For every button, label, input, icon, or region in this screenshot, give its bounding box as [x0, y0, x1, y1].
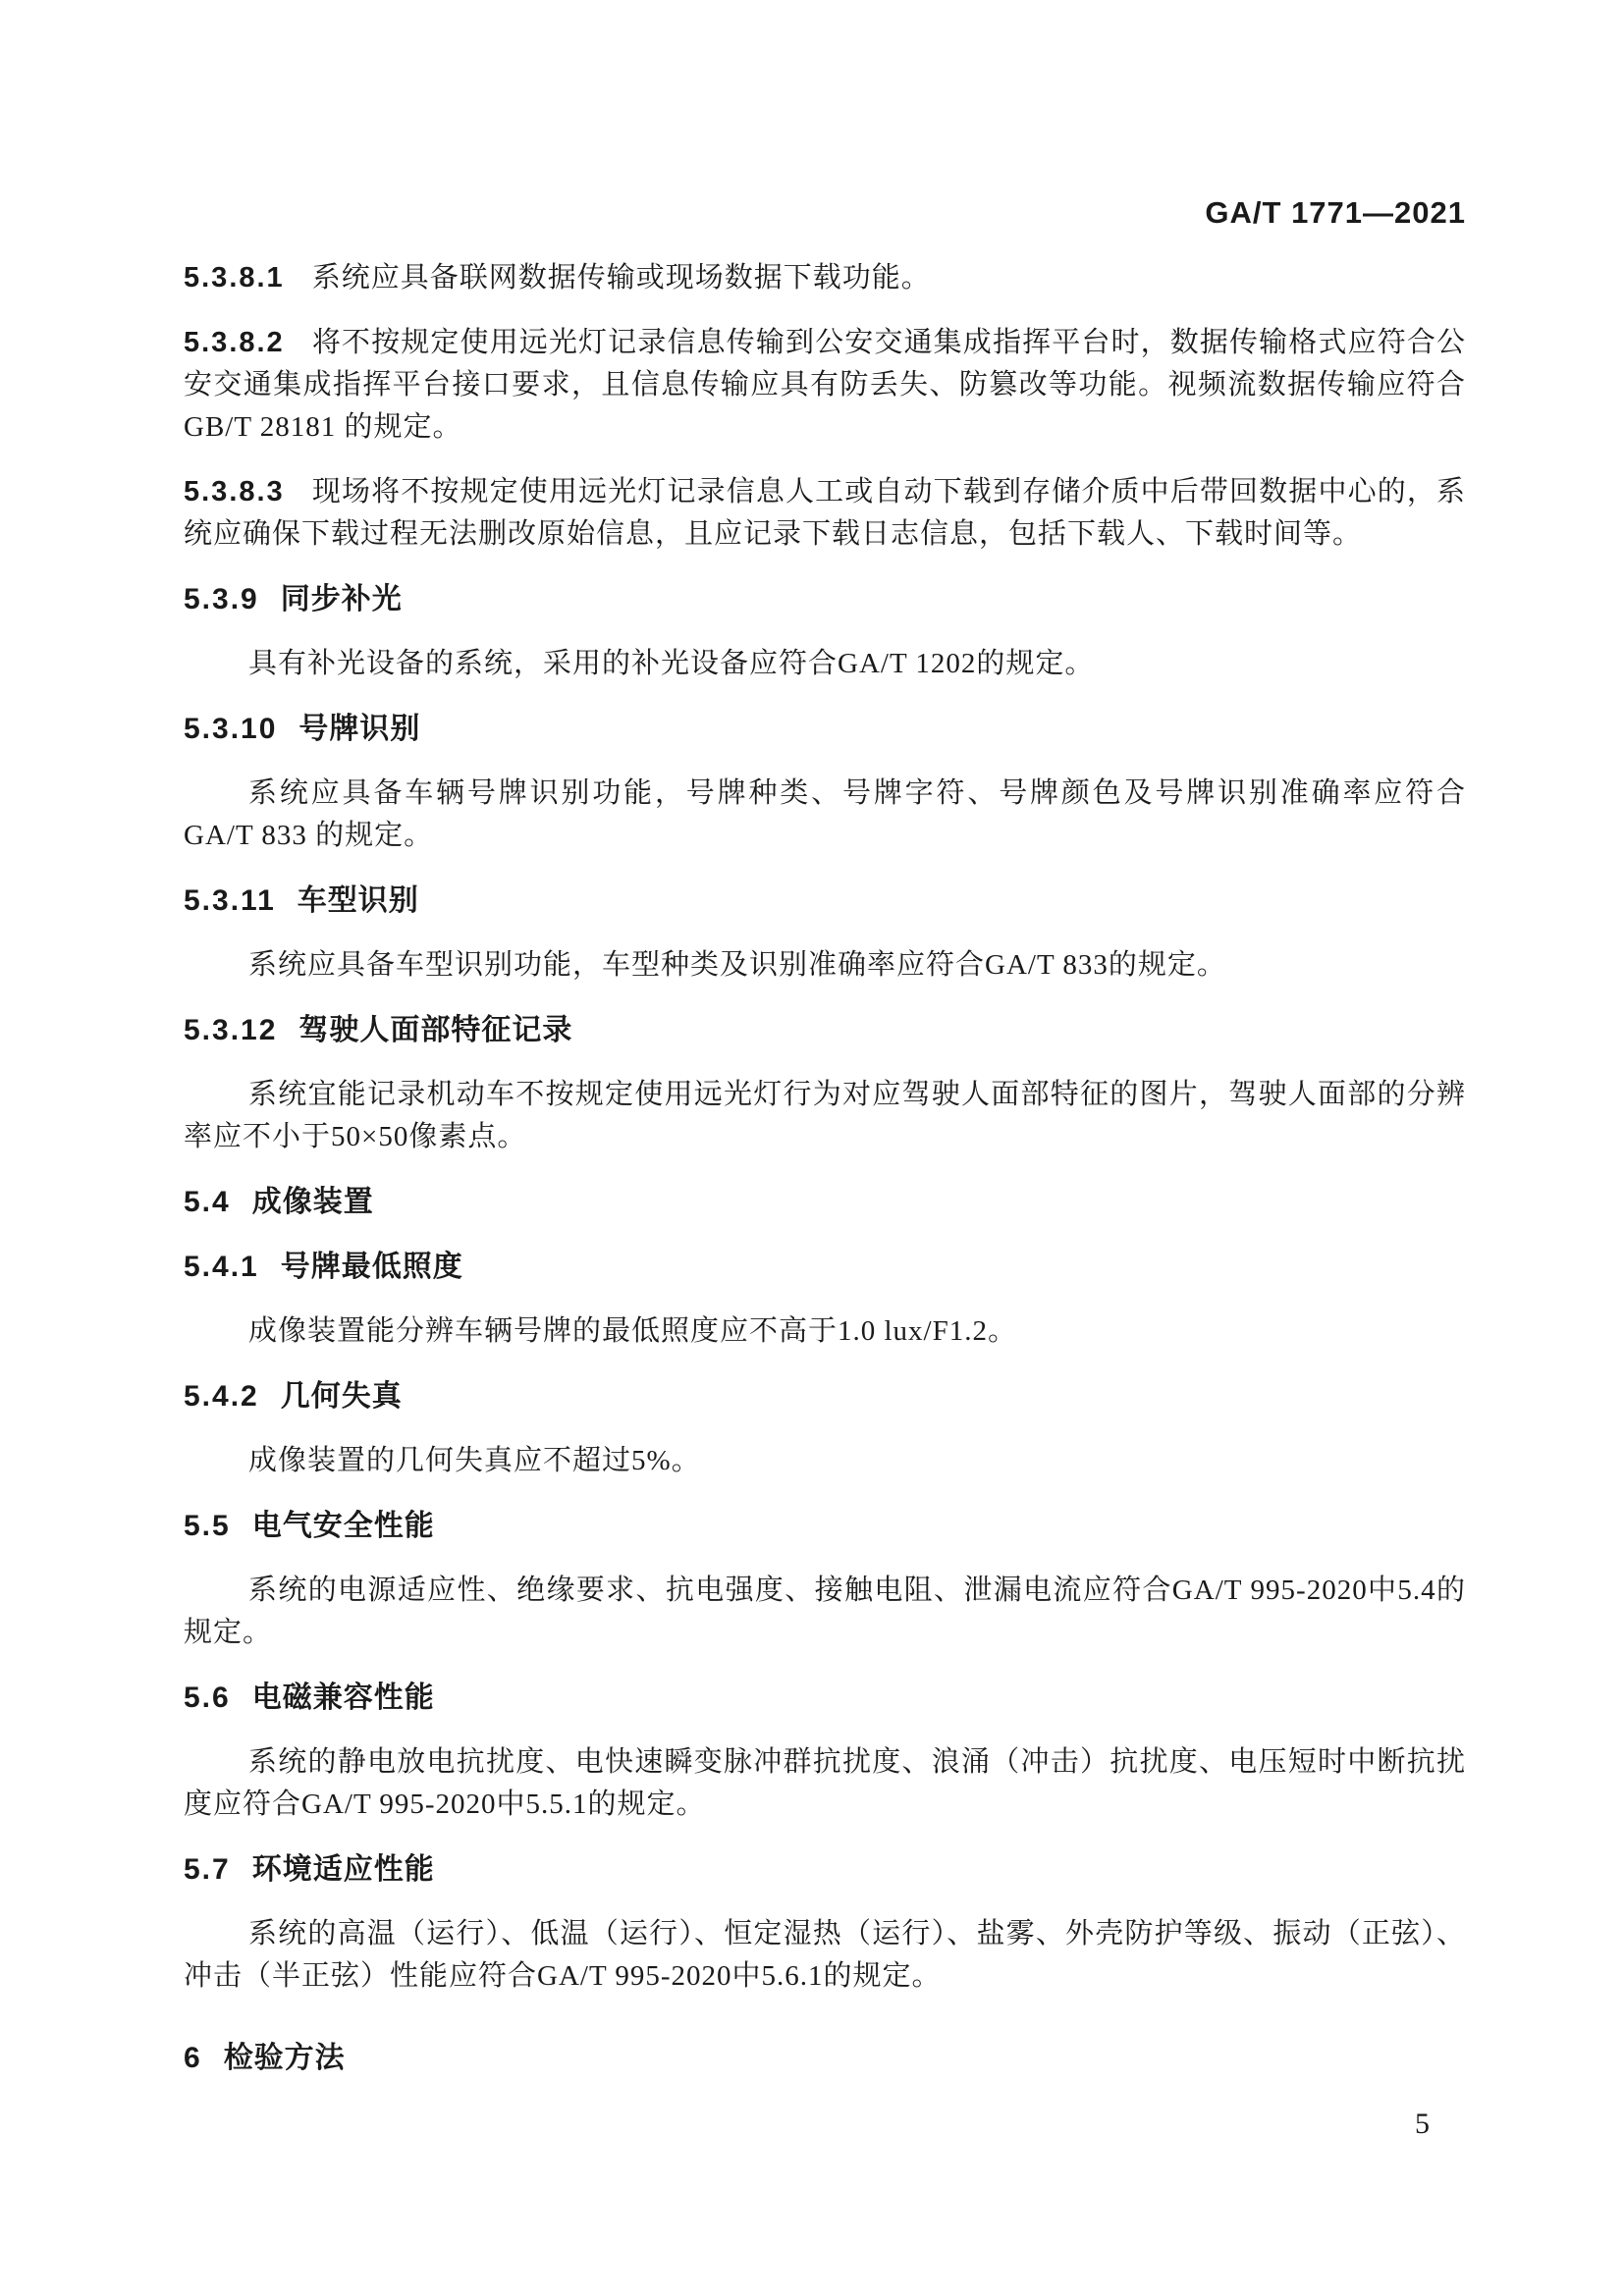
- clause-number: 5.3.11: [184, 884, 276, 917]
- paragraph: 系统的静电放电抗扰度、电快速瞬变脉冲群抗扰度、浪涌（冲击）抗扰度、电压短时中断抗…: [184, 1741, 1466, 1826]
- clause-number: 5.7: [184, 1853, 231, 1886]
- document-content: 5.3.8.1系统应具备联网数据传输或现场数据下载功能。5.3.8.2将不按规定…: [184, 257, 1466, 2102]
- paragraph-text: 成像装置能分辨车辆号牌的最低照度应不高于1.0 lux/F1.2。: [248, 1315, 1017, 1347]
- clause-number: 6: [184, 2042, 202, 2074]
- clause-number: 5.6: [184, 1682, 231, 1714]
- standard-number-header: GA/T 1771—2021: [1205, 195, 1466, 231]
- clause-number: 5.5: [184, 1510, 231, 1542]
- clause-number: 5.3.9: [184, 583, 259, 615]
- clause-heading: 5.7环境适应性能: [184, 1848, 1466, 1891]
- clause-heading: 5.6电磁兼容性能: [184, 1677, 1466, 1719]
- paragraph: 系统应具备车辆号牌识别功能，号牌种类、号牌字符、号牌颜色及号牌识别准确率应符合G…: [184, 773, 1466, 857]
- clause-paragraph: 5.3.8.3现场将不按规定使用远光灯记录信息人工或自动下载到存储介质中后带回数…: [184, 471, 1466, 556]
- clause-number: 5.4.2: [184, 1380, 259, 1413]
- paragraph: 系统的电源适应性、绝缘要求、抗电强度、接触电阻、泄漏电流应符合GA/T 995-…: [184, 1570, 1466, 1654]
- clause-number: 5.4.1: [184, 1251, 259, 1283]
- paragraph-text: 具有补光设备的系统，采用的补光设备应符合GA/T 1202的规定。: [248, 648, 1094, 679]
- paragraph: 系统应具备车型识别功能，车型种类及识别准确率应符合GA/T 833的规定。: [184, 944, 1466, 987]
- paragraph-text: 系统应具备车型识别功能，车型种类及识别准确率应符合GA/T 833的规定。: [248, 949, 1226, 981]
- heading-text: 驾驶人面部特征记录: [298, 1014, 572, 1046]
- clause-number: 5.3.10: [184, 713, 277, 745]
- paragraph-text: 现场将不按规定使用远光灯记录信息人工或自动下载到存储介质中后带回数据中心的，系统…: [184, 476, 1466, 550]
- page-number: 5: [1415, 2108, 1430, 2141]
- paragraph: 成像装置的几何失真应不超过5%。: [184, 1440, 1466, 1482]
- paragraph-text: 系统宜能记录机动车不按规定使用远光灯行为对应驾驶人面部特征的图片，驾驶人面部的分…: [184, 1079, 1466, 1152]
- paragraph-text: 系统应具备车辆号牌识别功能，号牌种类、号牌字符、号牌颜色及号牌识别准确率应符合G…: [184, 777, 1466, 851]
- paragraph: 成像装置能分辨车辆号牌的最低照度应不高于1.0 lux/F1.2。: [184, 1310, 1466, 1353]
- clause-number: 5.3.8.3: [184, 476, 285, 507]
- clause-number: 5.3.12: [184, 1014, 277, 1046]
- clause-heading: 5.4.1号牌最低照度: [184, 1246, 1466, 1288]
- heading-text: 号牌识别: [298, 713, 420, 745]
- paragraph-text: 系统应具备联网数据传输或现场数据下载功能。: [312, 262, 931, 294]
- heading-text: 几何失真: [281, 1380, 403, 1413]
- paragraph-text: 系统的静电放电抗扰度、电快速瞬变脉冲群抗扰度、浪涌（冲击）抗扰度、电压短时中断抗…: [184, 1746, 1466, 1820]
- clause-paragraph: 5.3.8.1系统应具备联网数据传输或现场数据下载功能。: [184, 257, 1466, 299]
- heading-text: 同步补光: [281, 583, 403, 615]
- heading-text: 号牌最低照度: [281, 1251, 463, 1283]
- clause-heading: 6检验方法: [184, 2037, 1466, 2079]
- clause-heading: 5.3.12驾驶人面部特征记录: [184, 1009, 1466, 1051]
- clause-heading: 5.3.11车型识别: [184, 880, 1466, 922]
- paragraph-text: 将不按规定使用远光灯记录信息传输到公安交通集成指挥平台时，数据传输格式应符合公安…: [184, 327, 1466, 443]
- heading-text: 环境适应性能: [252, 1853, 435, 1886]
- heading-text: 电气安全性能: [252, 1510, 435, 1542]
- clause-paragraph: 5.3.8.2将不按规定使用远光灯记录信息传输到公安交通集成指挥平台时，数据传输…: [184, 322, 1466, 449]
- paragraph-text: 成像装置的几何失真应不超过5%。: [248, 1445, 701, 1476]
- clause-number: 5.3.8.2: [184, 327, 285, 358]
- paragraph: 系统的高温（运行）、低温（运行）、恒定湿热（运行）、盐雾、外壳防护等级、振动（正…: [184, 1913, 1466, 1998]
- clause-number: 5.3.8.1: [184, 262, 285, 294]
- document-page: GA/T 1771—2021 5.3.8.1系统应具备联网数据传输或现场数据下载…: [0, 0, 1624, 2296]
- clause-heading: 5.3.10号牌识别: [184, 708, 1466, 750]
- clause-heading: 5.3.9同步补光: [184, 578, 1466, 620]
- paragraph-text: 系统的高温（运行）、低温（运行）、恒定湿热（运行）、盐雾、外壳防护等级、振动（正…: [184, 1918, 1466, 1992]
- paragraph-text: 系统的电源适应性、绝缘要求、抗电强度、接触电阻、泄漏电流应符合GA/T 995-…: [184, 1575, 1466, 1648]
- paragraph: 具有补光设备的系统，采用的补光设备应符合GA/T 1202的规定。: [184, 643, 1466, 685]
- heading-text: 车型识别: [298, 884, 419, 917]
- heading-text: 电磁兼容性能: [252, 1682, 435, 1714]
- heading-text: 检验方法: [224, 2042, 346, 2074]
- clause-heading: 5.5电气安全性能: [184, 1505, 1466, 1547]
- clause-heading: 5.4成像装置: [184, 1181, 1466, 1223]
- clause-number: 5.4: [184, 1186, 231, 1218]
- clause-heading: 5.4.2几何失真: [184, 1375, 1466, 1417]
- paragraph: 系统宜能记录机动车不按规定使用远光灯行为对应驾驶人面部特征的图片，驾驶人面部的分…: [184, 1074, 1466, 1158]
- heading-text: 成像装置: [252, 1186, 374, 1218]
